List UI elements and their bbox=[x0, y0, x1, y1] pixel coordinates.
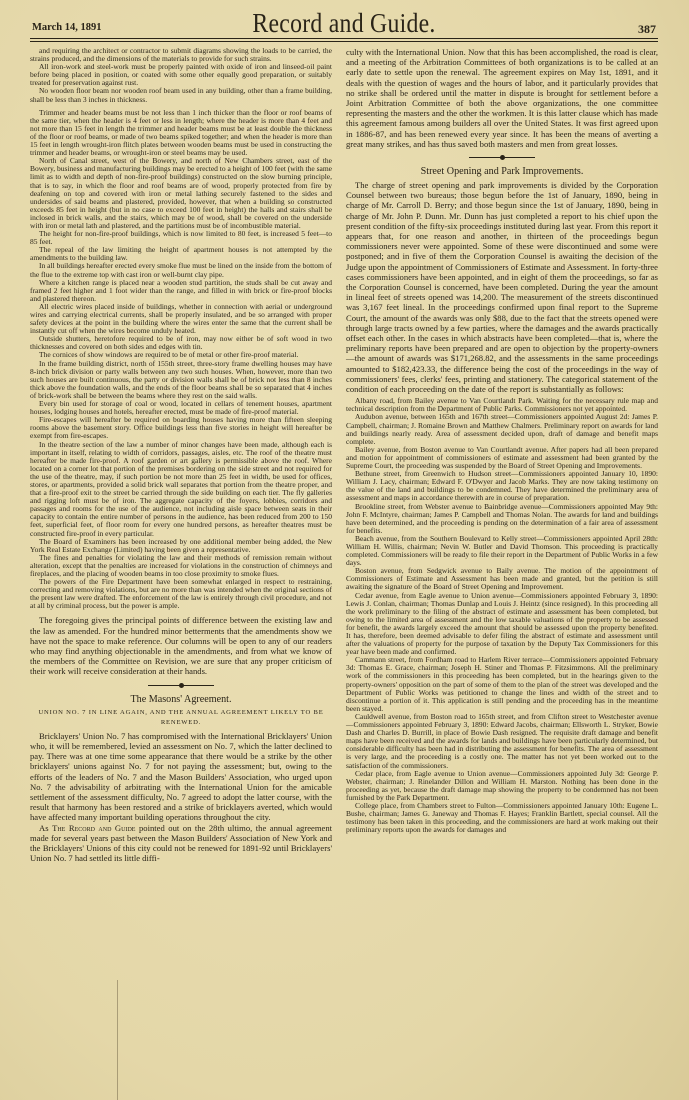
street-article-heading: Street Opening and Park Improvements. bbox=[358, 165, 645, 177]
publication-title: Record and Guide. bbox=[68, 8, 621, 39]
paragraph: The repeal of the law limiting the heigh… bbox=[30, 246, 332, 262]
paragraph: The fines and penalties for violating th… bbox=[30, 554, 332, 578]
newspaper-page: March 14, 1891 Record and Guide. 387 and… bbox=[0, 0, 689, 1100]
page-header: March 14, 1891 Record and Guide. 387 bbox=[30, 8, 658, 38]
proceeding-entry: Beach avenue, from the Southern Boulevar… bbox=[346, 535, 658, 567]
proceeding-entry: Cauldwell avenue, from Boston road to 16… bbox=[346, 713, 658, 770]
proceeding-entry: Cammann street, from Fordham road to Har… bbox=[346, 656, 658, 713]
proceeding-entry: Cedar place, from Eagle avenue to Union … bbox=[346, 770, 658, 802]
paragraph: Outside shutters, heretofore required to… bbox=[30, 335, 332, 351]
paragraph: No wooden floor beam nor wooden roof bea… bbox=[30, 87, 332, 103]
proceeding-entry: Boston avenue, from Sedgwick avenue to B… bbox=[346, 567, 658, 591]
paragraph: culty with the International Union. Now … bbox=[346, 47, 658, 149]
header-rule-thick bbox=[30, 38, 658, 39]
proceeding-entry: Bethune street, from Greenwich to Hudson… bbox=[346, 470, 658, 502]
section-divider bbox=[346, 151, 658, 163]
paragraph: North of Canal street, west of the Bower… bbox=[30, 157, 332, 230]
proceeding-entry: Cedar avenue, from Eagle avenue to Union… bbox=[346, 592, 658, 657]
paragraph: The Board of Examiners has been increase… bbox=[30, 538, 332, 554]
paragraph: The powers of the Fire Department have b… bbox=[30, 578, 332, 610]
paragraph: Every bin used for storage of coal or wo… bbox=[30, 400, 332, 416]
paragraph: As The Record and Guide pointed out on t… bbox=[30, 823, 332, 864]
paragraph: In the frame building district, north of… bbox=[30, 360, 332, 400]
paragraph: Trimmer and header beams must be not les… bbox=[30, 109, 332, 158]
left-column: and requiring the architect or contracto… bbox=[30, 47, 332, 863]
paragraph: and requiring the architect or contracto… bbox=[30, 47, 332, 63]
closing-paragraph: The foregoing gives the principal points… bbox=[30, 615, 332, 676]
paragraph: All electric wires placed inside of buil… bbox=[30, 303, 332, 335]
page-number: 387 bbox=[638, 22, 656, 37]
paragraph: Where a kitchen range is placed near a w… bbox=[30, 279, 332, 303]
paragraph: All iron-work and steel-work must be pro… bbox=[30, 63, 332, 87]
masons-article-heading: The Masons' Agreement. bbox=[42, 693, 320, 705]
section-divider bbox=[30, 679, 332, 691]
proceeding-entry: College place, from Chambers street to F… bbox=[346, 802, 658, 834]
paragraph: Bricklayers' Union No. 7 has compromised… bbox=[30, 731, 332, 823]
right-column: culty with the International Union. Now … bbox=[346, 47, 658, 834]
proceeding-entry: Bailey avenue, from Boston avenue to Van… bbox=[346, 446, 658, 470]
paper-fold-crease bbox=[117, 980, 118, 1100]
masons-article-subheading: Union No. 7 in line again, and the annua… bbox=[30, 708, 332, 728]
paragraph: The height for non-fire-proof buildings,… bbox=[30, 230, 332, 246]
paragraph: Fire-escapes will hereafter be required … bbox=[30, 416, 332, 440]
publication-name-smallcaps: The Record and Guide bbox=[52, 823, 135, 833]
paragraph: In the theatre section of the law a numb… bbox=[30, 441, 332, 538]
paragraph: The charge of street opening and park im… bbox=[346, 180, 658, 394]
header-rule-thin bbox=[30, 41, 658, 42]
proceeding-entry: Brookline street, from Webster avenue to… bbox=[346, 503, 658, 535]
paragraph: In all buildings hereafter erected every… bbox=[30, 262, 332, 278]
proceeding-entry: Albany road, from Bailey avenue to Van C… bbox=[346, 397, 658, 413]
proceeding-entry: Audubon avenue, between 165th and 167th … bbox=[346, 413, 658, 445]
